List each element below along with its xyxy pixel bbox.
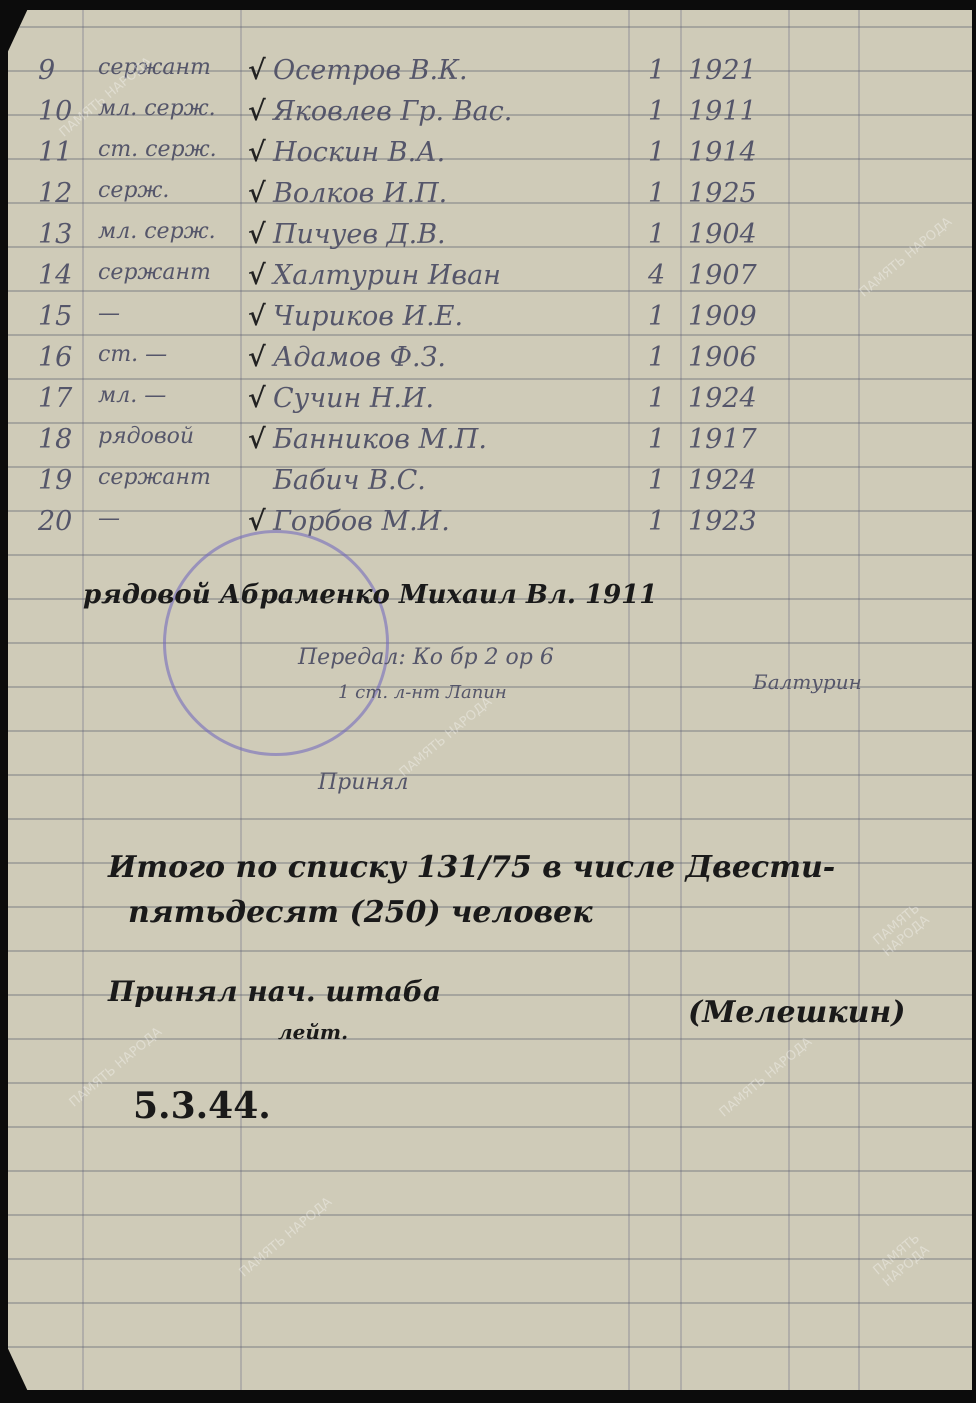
birth-year: 1909: [688, 301, 757, 332]
birth-year: 1907: [688, 260, 757, 291]
birth-year: 1917: [688, 424, 757, 455]
row-number: 16: [38, 342, 72, 373]
list-row: 17мл. —√Сучин Н.И.11924: [8, 383, 972, 423]
list-row: 9сержант√Осетров В.К.11921: [8, 55, 972, 95]
watermark: ПАМЯТЬ НАРОДА: [397, 695, 495, 781]
birth-year: 1914: [688, 137, 757, 168]
rank: мл. —: [98, 383, 166, 408]
rank: сержант: [98, 55, 211, 80]
list-row: 12серж.√Волков И.П.11925: [8, 178, 972, 218]
soldier-name: Чириков И.Е.: [273, 301, 463, 332]
soldier-name: Адамов Ф.З.: [273, 342, 446, 373]
soldier-name: Яковлев Гр. Вас.: [273, 96, 512, 127]
birth-year: 1925: [688, 178, 757, 209]
birth-year: 1904: [688, 219, 757, 250]
list-row: 19сержантБабич В.С.11924: [8, 465, 972, 505]
check-mark-icon: √: [248, 342, 266, 373]
birth-year: 1924: [688, 383, 757, 414]
check-mark-icon: √: [248, 301, 266, 332]
check-mark-icon: √: [248, 137, 266, 168]
soldier-name: Носкин В.А.: [273, 137, 445, 168]
check-mark-icon: √: [248, 506, 266, 537]
total-line-1: Итого по списку 131/75 в числе Двести-: [108, 850, 835, 885]
birth-year: 1921: [688, 55, 757, 86]
list-row: 10мл. серж.√Яковлев Гр. Вас.11911: [8, 96, 972, 136]
list-row: 18рядовой√Банников М.П.11917: [8, 424, 972, 464]
check-mark-icon: √: [248, 96, 266, 127]
row-number: 20: [38, 506, 72, 537]
soldier-name: Горбов М.И.: [273, 506, 450, 537]
watermark: ПАМЯТЬ НАРОДА: [871, 1200, 970, 1290]
watermark: ПАМЯТЬ НАРОДА: [237, 1195, 335, 1281]
row-number: 13: [38, 219, 72, 250]
category: 1: [648, 219, 665, 250]
stamp: [163, 530, 389, 756]
rank: ст. серж.: [98, 137, 217, 162]
accepted-by: Принял нач. штаба: [108, 975, 441, 1008]
list-row: 14сержант√Халтурин Иван41907: [8, 260, 972, 300]
row-number: 14: [38, 260, 72, 291]
category: 1: [648, 137, 665, 168]
list-row: 13мл. серж.√Пичуев Д.В.11904: [8, 219, 972, 259]
category: 1: [648, 96, 665, 127]
category: 1: [648, 55, 665, 86]
soldier-name: Волков И.П.: [273, 178, 447, 209]
list-row: 15—√Чириков И.Е.11909: [8, 301, 972, 341]
soldier-name: Пичуев Д.В.: [273, 219, 446, 250]
soldier-name: Осетров В.К.: [273, 55, 468, 86]
rank: мл. серж.: [98, 219, 216, 244]
rank: ст. —: [98, 342, 167, 367]
row-number: 15: [38, 301, 72, 332]
signer-name: (Мелешкин): [688, 995, 905, 1030]
check-mark-icon: √: [248, 424, 266, 455]
accepted-rank: лейт.: [278, 1020, 348, 1044]
birth-year: 1906: [688, 342, 757, 373]
check-mark-icon: √: [248, 383, 266, 414]
category: 1: [648, 465, 665, 496]
soldier-name: Банников М.П.: [273, 424, 487, 455]
received-label: Принял: [318, 770, 409, 795]
row-number: 19: [38, 465, 72, 496]
list-row: 20—√Горбов М.И.11923: [8, 506, 972, 546]
category: 1: [648, 424, 665, 455]
check-mark-icon: √: [248, 260, 266, 291]
handover-line-1: Передал: Ко бр 2 ор 6: [298, 645, 554, 670]
birth-year: 1924: [688, 465, 757, 496]
document-page: 9сержант√Осетров В.К.1192110мл. серж.√Як…: [8, 10, 972, 1390]
list-row: 16ст. —√Адамов Ф.З.11906: [8, 342, 972, 382]
soldier-name: Сучин Н.И.: [273, 383, 434, 414]
category: 1: [648, 383, 665, 414]
rank: —: [98, 506, 120, 531]
document-date: 5.3.44.: [133, 1085, 271, 1127]
check-mark-icon: √: [248, 219, 266, 250]
rank: сержант: [98, 465, 211, 490]
category: 4: [648, 260, 665, 291]
handover-signature: Балтурин: [753, 670, 862, 694]
row-number: 18: [38, 424, 72, 455]
category: 1: [648, 342, 665, 373]
check-mark-icon: √: [248, 178, 266, 209]
rank: сержант: [98, 260, 211, 285]
watermark: ПАМЯТЬ НАРОДА: [717, 1035, 815, 1121]
birth-year: 1911: [688, 96, 757, 127]
soldier-name: Бабич В.С.: [273, 465, 426, 496]
list-row: 11ст. серж.√Носкин В.А.11914: [8, 137, 972, 177]
total-line-2: пятьдесят (250) человек: [128, 895, 593, 930]
category: 1: [648, 506, 665, 537]
row-number: 9: [38, 55, 55, 86]
row-number: 17: [38, 383, 72, 414]
check-mark-icon: √: [248, 55, 266, 86]
row-number: 12: [38, 178, 72, 209]
rank: рядовой: [98, 424, 194, 449]
rank: —: [98, 301, 120, 326]
rank: мл. серж.: [98, 96, 216, 121]
rank: серж.: [98, 178, 169, 203]
addendum-entry: рядовой Абраменко Михаил Вл. 1911: [83, 580, 657, 610]
category: 1: [648, 178, 665, 209]
soldier-name: Халтурин Иван: [273, 260, 501, 291]
category: 1: [648, 301, 665, 332]
birth-year: 1923: [688, 506, 757, 537]
watermark: ПАМЯТЬ НАРОДА: [871, 870, 970, 960]
row-number: 11: [38, 137, 72, 168]
